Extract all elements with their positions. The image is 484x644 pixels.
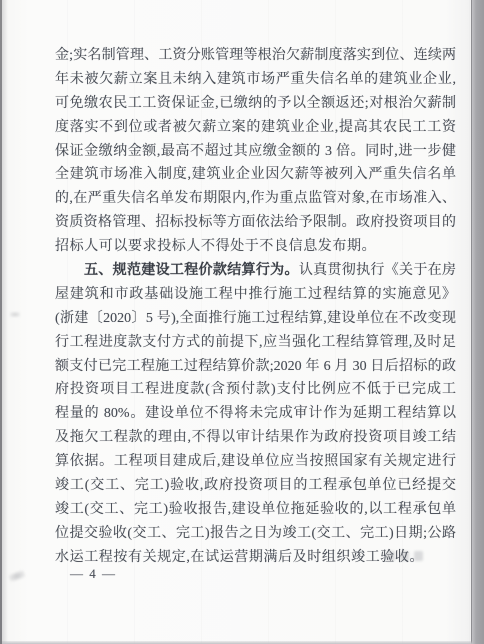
line-text: 程量的 80%。建设单位不得将未完成审计作为延期工程结算以	[55, 406, 456, 421]
document-line: 程量的 80%。建设单位不得将未完成审计作为延期工程结算以	[55, 402, 456, 426]
document-line: 度落实不到位或者被欠薪立案的建筑业企业,提高其农民工工资	[55, 116, 456, 140]
document-line: 竣工(交工、完工)验收,政府投资项目的工程承包单位已经提交	[55, 474, 456, 498]
line-text: 的,在严重失信名单发布期限内,作为重点监管对象,在市场准入、	[55, 191, 456, 206]
document-line: 的,在严重失信名单发布期限内,作为重点监管对象,在市场准入、	[55, 187, 456, 211]
scan-smudge	[8, 570, 26, 583]
document-line: 年未被欠薪立案且未纳入建筑市场严重失信名单的建筑业企业,	[55, 68, 456, 92]
line-text: 认真贯彻执行《关于在房	[299, 263, 456, 278]
scan-edge-right	[471, 0, 484, 644]
document-line: 保证金缴纳金额,最高不超过其应缴金额的 3 倍。同时,进一步健	[55, 140, 456, 164]
line-text: 全建筑市场准入制度,建筑业企业因欠薪等被列入严重失信名单	[55, 167, 456, 182]
document-body: 金;实名制管理、工资分账管理等根治欠薪制度落实到位、连续两年未被欠薪立案且未纳入…	[55, 44, 456, 570]
line-text: 保证金缴纳金额,最高不超过其应缴金额的 3 倍。同时,进一步健	[55, 144, 456, 159]
document-line: 屋建筑和市政基础设施工程中推行施工过程结算的实施意见》	[55, 283, 456, 307]
section-heading: 五、规范建设工程价款结算行为。	[84, 263, 299, 278]
document-line: 招标人可以要求投标人不得处于不良信息发布期。	[55, 235, 456, 259]
document-line: 行工程进度款支付方式的前提下,应当强化工程结算管理,及时足	[55, 331, 456, 355]
document-line: 算依据。工程项目建成后,建设单位应当按照国家有关规定进行	[55, 450, 456, 474]
document-line: 府投资项目工程进度款(含预付款)支付比例应不低于已完成工	[55, 378, 456, 402]
page-number: — 4 —	[70, 566, 117, 582]
line-text: 金;实名制管理、工资分账管理等根治欠薪制度落实到位、连续两	[55, 48, 456, 63]
line-text: 可免缴农民工工资保证金,已缴纳的予以全额返还;对根治欠薪制	[55, 96, 456, 111]
document-page: 金;实名制管理、工资分账管理等根治欠薪制度落实到位、连续两年未被欠薪立案且未纳入…	[0, 0, 484, 644]
scan-smudge	[10, 312, 20, 317]
line-text: 算依据。工程项目建成后,建设单位应当按照国家有关规定进行	[55, 454, 456, 469]
line-text: 府投资项目工程进度款(含预付款)支付比例应不低于已完成工	[55, 382, 456, 397]
scan-edge-left-shadow	[2, 0, 8, 644]
line-text: 年未被欠薪立案且未纳入建筑市场严重失信名单的建筑业企业,	[55, 72, 456, 87]
line-text: 行工程进度款支付方式的前提下,应当强化工程结算管理,及时足	[55, 335, 456, 350]
line-text: 屋建筑和市政基础设施工程中推行施工过程结算的实施意见》	[55, 287, 456, 302]
line-text: 度落实不到位或者被欠薪立案的建筑业企业,提高其农民工工资	[55, 120, 456, 135]
document-line: 金;实名制管理、工资分账管理等根治欠薪制度落实到位、连续两	[55, 44, 456, 68]
document-line: 及拖欠工程款的理由,不得以审计结果作为政府投资项目竣工结	[55, 426, 456, 450]
document-line: 可免缴农民工工资保证金,已缴纳的予以全额返还;对根治欠薪制	[55, 92, 456, 116]
document-line: 竣工(交工、完工)验收报告,建设单位拖延验收的,以工程承包单	[55, 498, 456, 522]
line-text: 额支付已完工程施工过程结算价款;2020 年 6 月 30 日后招标的政	[55, 359, 456, 374]
line-text: (浙建〔2020〕5 号),全面推行施工过程结算,建设单位在不改变现	[55, 311, 456, 326]
ink-bleed-through-marks	[386, 551, 423, 561]
document-line: 额支付已完工程施工过程结算价款;2020 年 6 月 30 日后招标的政	[55, 355, 456, 379]
line-text: 位提交验收(交工、完工)报告之日为竣工(交工、完工)日期;公路	[55, 526, 456, 541]
line-text: 及拖欠工程款的理由,不得以审计结果作为政府投资项目竣工结	[55, 430, 456, 445]
document-line: 位提交验收(交工、完工)报告之日为竣工(交工、完工)日期;公路	[55, 522, 456, 546]
line-text: 资质资格管理、招标投标等方面依法给予限制。政府投资项目的	[55, 215, 456, 230]
document-line: (浙建〔2020〕5 号),全面推行施工过程结算,建设单位在不改变现	[55, 307, 456, 331]
line-text: 水运工程按有关规定,在试运营期满后及时组织竣工验收。	[55, 550, 424, 565]
line-text: 竣工(交工、完工)验收报告,建设单位拖延验收的,以工程承包单	[55, 502, 456, 517]
document-line: 五、规范建设工程价款结算行为。认真贯彻执行《关于在房	[55, 259, 456, 283]
line-text: 竣工(交工、完工)验收,政府投资项目的工程承包单位已经提交	[55, 478, 456, 493]
document-line: 资质资格管理、招标投标等方面依法给予限制。政府投资项目的	[55, 211, 456, 235]
line-text: 招标人可以要求投标人不得处于不良信息发布期。	[55, 239, 376, 254]
document-line: 全建筑市场准入制度,建筑业企业因欠薪等被列入严重失信名单	[55, 163, 456, 187]
